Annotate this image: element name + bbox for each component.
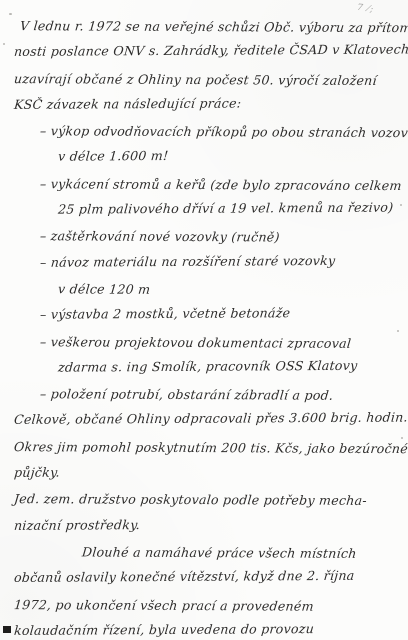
pencil-corner-mark: 7 ⁄; [356,3,374,15]
handwritten-line: Celkově, občané Ohliny odpracovali přes … [0,405,408,434]
handwritten-line: kolaudačním řízení, byla uvedena do prov… [0,615,408,640]
handwritten-line: v délce 1.600 m! [0,142,408,171]
handwritten-line: nosti poslance ONV s. Zahrádky, ředitele… [0,37,408,66]
handwritten-line: zdarma s. ing Smolík, pracovník OSS Klat… [0,352,408,381]
paper-speck [401,437,403,439]
handwritten-line: KSČ závazek na následující práce: [0,89,408,118]
handwritten-line: – výstavba 2 mostků, včetně betonáže [0,300,408,329]
handwritten-line: 25 plm palivového dříví a 19 vel. kmenů … [0,195,408,224]
paper-speck [397,330,399,332]
handwritten-line: půjčky. [0,458,408,487]
handwritten-line: – návoz materiálu na rozšíření staré voz… [0,247,408,276]
handwritten-line: občanů oslavily konečné vítězství, když … [0,563,408,592]
scan-corner-mark [3,626,11,633]
paper-speck [400,204,402,206]
paper-speck [9,13,12,15]
scanned-handwritten-page: 7 ⁄; V lednu r. 1972 se na veřejné schůz… [0,0,408,640]
paper-speck [3,43,5,45]
handwritten-line: nizační prostředky. [0,510,408,539]
